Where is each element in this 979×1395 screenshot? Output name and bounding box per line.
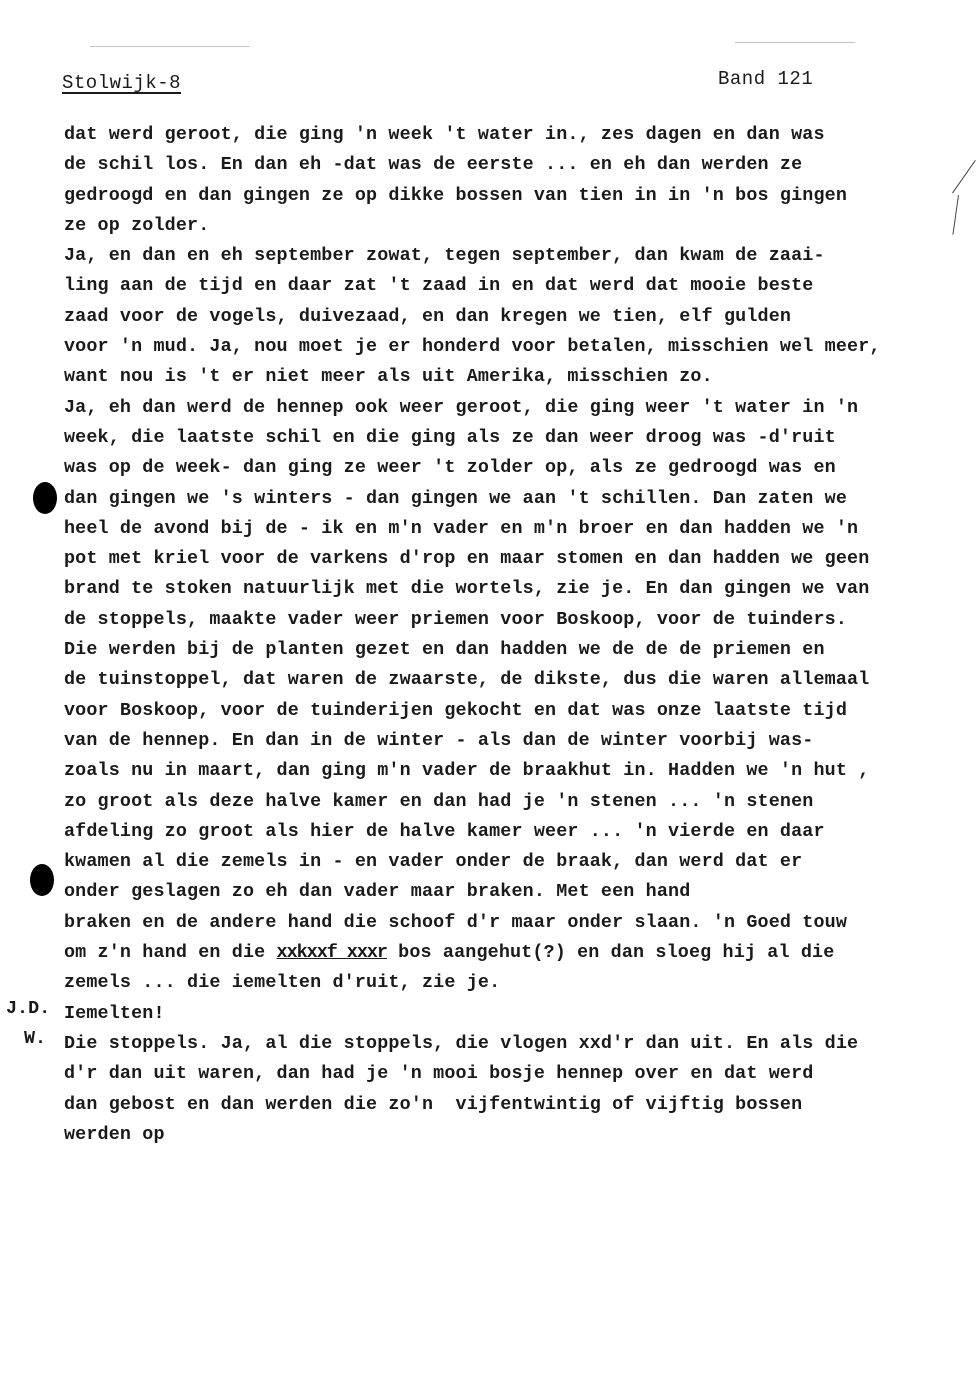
transcript-line: d'r dan uit waren, dan had je 'n mooi bo…: [64, 1059, 964, 1089]
transcript-line: de schil los. En dan eh -dat was de eers…: [64, 150, 964, 180]
transcript-line: ling aan de tijd en daar zat 't zaad in …: [64, 271, 964, 301]
transcript-line: ze op zolder.: [64, 211, 964, 241]
transcript-line: zoals nu in maart, dan ging m'n vader de…: [64, 756, 964, 786]
typescript-page: Stolwijk-8 Band 121 dat werd geroot, die…: [0, 0, 979, 1395]
speaker-label-w: W.: [24, 1028, 46, 1049]
struck-out-text: xxkxxf xxxr: [277, 942, 387, 963]
transcript-line: zo groot als deze halve kamer en dan had…: [64, 787, 964, 817]
transcript-line: week, die laatste schil en die ging als …: [64, 423, 964, 453]
transcript-body: dat werd geroot, die ging 'n week 't wat…: [64, 120, 964, 1150]
transcript-line: brand te stoken natuurlijk met die worte…: [64, 574, 964, 604]
transcript-line: de stoppels, maakte vader weer priemen v…: [64, 605, 964, 635]
dialogue-line-jd: Iemelten!: [64, 999, 964, 1029]
transcript-line: gedroogd en dan gingen ze op dikke bosse…: [64, 181, 964, 211]
transcript-line: heel de avond bij de - ik en m'n vader e…: [64, 514, 964, 544]
transcript-line: onder geslagen zo eh dan vader maar brak…: [64, 877, 964, 907]
speaker-label-jd: J.D.: [6, 998, 50, 1019]
transcript-line: kwamen al die zemels in - en vader onder…: [64, 847, 964, 877]
tape-number: Band 121: [718, 68, 813, 90]
transcript-line: want nou is 't er niet meer als uit Amer…: [64, 362, 964, 392]
scan-mark-top-left: [90, 46, 250, 47]
line-text-after: bos aangehut(?) en dan sloeg hij al die: [387, 942, 834, 963]
transcript-line: dat werd geroot, die ging 'n week 't wat…: [64, 120, 964, 150]
scan-mark-top-right: [735, 42, 855, 43]
transcript-line: pot met kriel voor de varkens d'rop en m…: [64, 544, 964, 574]
transcript-line: werden op: [64, 1120, 964, 1150]
dialogue-line-w: Die stoppels. Ja, al die stoppels, die v…: [64, 1029, 964, 1059]
dialogue-text: Die stoppels. Ja, al die stoppels, die v…: [64, 1033, 858, 1054]
punch-hole-upper: [33, 482, 57, 514]
transcript-line: Ja, en dan en eh september zowat, tegen …: [64, 241, 964, 271]
transcript-line: was op de week- dan ging ze weer 't zold…: [64, 453, 964, 483]
transcript-line: van de hennep. En dan in de winter - als…: [64, 726, 964, 756]
transcript-line: dan gebost en dan werden die zo'n vijfen…: [64, 1090, 964, 1120]
transcript-line: zemels ... die iemelten d'ruit, zie je.: [64, 968, 964, 998]
transcript-line: voor 'n mud. Ja, nou moet je er honderd …: [64, 332, 964, 362]
transcript-line: dan gingen we 's winters - dan gingen we…: [64, 484, 964, 514]
transcript-line: de tuinstoppel, dat waren de zwaarste, d…: [64, 665, 964, 695]
transcript-line: Die werden bij de planten gezet en dan h…: [64, 635, 964, 665]
transcript-line: voor Boskoop, voor de tuinderijen gekoch…: [64, 696, 964, 726]
transcript-line-with-strikeout: om z'n hand en die xxkxxf xxxr bos aange…: [64, 938, 964, 968]
transcript-line: afdeling zo groot als hier de halve kame…: [64, 817, 964, 847]
transcript-line: braken en de andere hand die schoof d'r …: [64, 908, 964, 938]
transcript-line: zaad voor de vogels, duivezaad, en dan k…: [64, 302, 964, 332]
transcript-line: Ja, eh dan werd de hennep ook weer geroo…: [64, 393, 964, 423]
document-identifier: Stolwijk-8: [62, 72, 181, 94]
line-text-before: om z'n hand en die: [64, 942, 277, 963]
punch-hole-lower: [30, 864, 54, 896]
dialogue-text: Iemelten!: [64, 1003, 165, 1024]
